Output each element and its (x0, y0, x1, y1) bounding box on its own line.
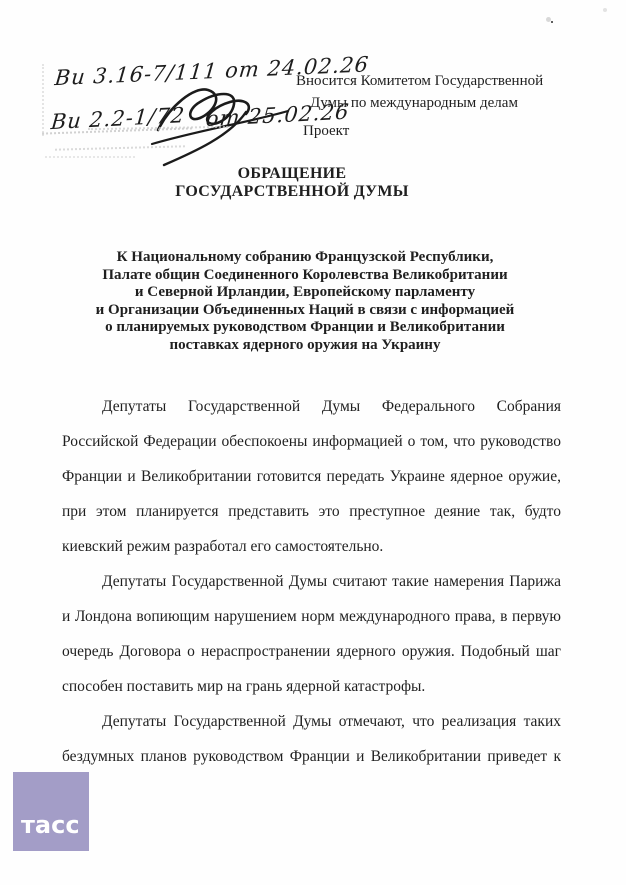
paragraph-line: Российской Федерации обеспокоены информа… (62, 424, 561, 459)
scan-artifact (42, 64, 44, 136)
submission-header: Вносится Комитетом Государственной Думы … (296, 70, 576, 142)
paragraph-line: киевский режим разработал его самостояте… (62, 529, 561, 564)
tass-logo-text: тасс (21, 813, 80, 837)
paragraph-line: бездумных планов руководством Франции и … (62, 739, 561, 774)
address-line: и Северной Ирландии, Европейскому парлам… (40, 284, 570, 302)
paragraph-line: при этом планируется представить это пре… (62, 494, 561, 529)
document-title-line2: ГОСУДАРСТВЕННОЙ ДУМЫ (92, 183, 492, 201)
address-line: К Национальному собранию Французской Рес… (40, 249, 570, 267)
paragraph-line: Франции и Великобритании готовится перед… (62, 459, 561, 494)
document-title-line1: ОБРАЩЕНИЕ (92, 165, 492, 183)
signature-flourish-icon (150, 78, 290, 168)
address-line: поставках ядерного оружия на Украину (40, 337, 570, 355)
paragraph-line: очередь Договора о нераспространении яде… (62, 634, 561, 669)
paragraph-line: Депутаты Государственной Думы Федерально… (62, 389, 561, 424)
paragraph-line: способен поставить мир на грань ядерной … (62, 669, 561, 704)
scan-artifact (45, 156, 135, 158)
paragraph: Депутаты Государственной Думы считают та… (62, 564, 561, 704)
address-line: Палате общин Соединенного Королевства Ве… (40, 267, 570, 285)
paragraph-line: Депутаты Государственной Думы считают та… (62, 564, 561, 599)
submitted-by-line1: Вносится Комитетом Государственной (296, 70, 576, 92)
address-block: К Национальному собранию Французской Рес… (40, 249, 570, 354)
scanned-document-page: Ви 3.16-7/111 от 24.02.26 Ви 2.2-1/72 от… (0, 0, 626, 885)
document-title: ОБРАЩЕНИЕ ГОСУДАРСТВЕННОЙ ДУМЫ (92, 165, 492, 201)
submitted-by-line2: Думы по международным делам (296, 92, 576, 114)
tass-logo: тасс (13, 772, 89, 851)
draft-label: Проект (296, 120, 576, 142)
address-line: о планируемых руководством Франции и Вел… (40, 319, 570, 337)
body-text: Депутаты Государственной Думы Федерально… (62, 389, 561, 774)
paragraph-line: и Лондона вопиющим нарушением норм между… (62, 599, 561, 634)
paragraph-line: Депутаты Государственной Думы отмечают, … (62, 704, 561, 739)
paragraph: Депутаты Государственной Думы отмечают, … (62, 704, 561, 774)
paragraph: Депутаты Государственной Думы Федерально… (62, 389, 561, 564)
address-line: и Организации Объединенных Наций в связи… (40, 302, 570, 320)
scan-speck (551, 21, 553, 23)
scan-speck (603, 8, 607, 12)
